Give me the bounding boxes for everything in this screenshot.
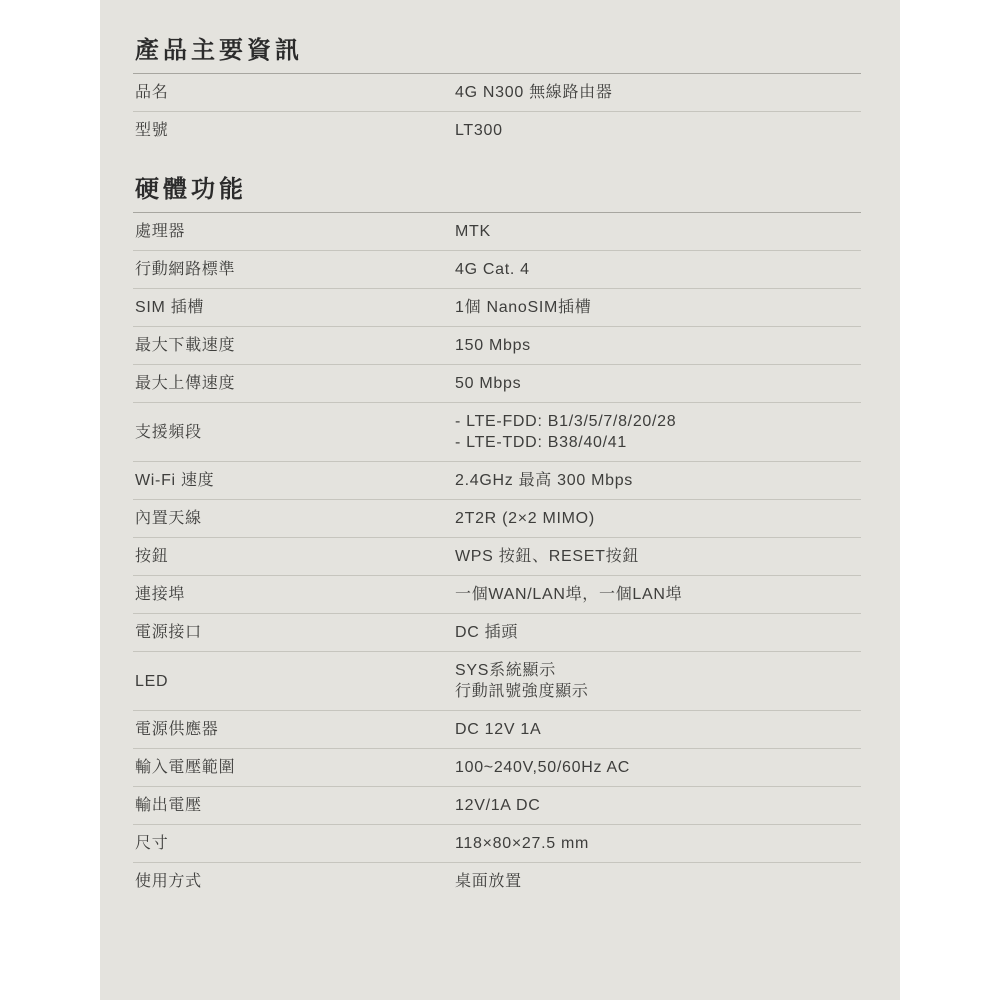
spec-value: 一個WAN/LAN埠，一個LAN埠 xyxy=(455,584,861,605)
product-spec-page: 產品主要資訊品名4G N300 無線路由器型號LT300硬體功能處理器MTK行動… xyxy=(0,0,1000,1000)
spec-value: 4G Cat. 4 xyxy=(455,259,861,280)
spec-panel-content: 產品主要資訊品名4G N300 無線路由器型號LT300硬體功能處理器MTK行動… xyxy=(100,0,900,900)
spec-rows: 處理器MTK行動網路標準4G Cat. 4SIM 插槽1個 NanoSIM插槽最… xyxy=(133,213,861,900)
spec-value: 150 Mbps xyxy=(455,335,861,356)
spec-row: 電源供應器DC 12V 1A xyxy=(133,711,861,749)
spec-value-line: DC 12V 1A xyxy=(455,719,861,740)
spec-value-line: 50 Mbps xyxy=(455,373,861,394)
spec-label: 按鈕 xyxy=(133,546,455,567)
spec-row: 使用方式桌面放置 xyxy=(133,863,861,900)
spec-row: 輸入電壓範圍100~240V,50/60Hz AC xyxy=(133,749,861,787)
spec-label: 最大下載速度 xyxy=(133,335,455,356)
spec-value: DC 12V 1A xyxy=(455,719,861,740)
spec-row: 尺寸118×80×27.5 mm xyxy=(133,825,861,863)
spec-value-line: - LTE-FDD: B1/3/5/7/8/20/28 xyxy=(455,411,861,432)
spec-label: 尺寸 xyxy=(133,833,455,854)
spec-value: WPS 按鈕、RESET按鈕 xyxy=(455,546,861,567)
spec-value-line: 1個 NanoSIM插槽 xyxy=(455,297,861,318)
spec-value: 1個 NanoSIM插槽 xyxy=(455,297,861,318)
spec-row: 最大上傳速度50 Mbps xyxy=(133,365,861,403)
spec-value-line: DC 插頭 xyxy=(455,622,861,643)
spec-value-line: MTK xyxy=(455,221,861,242)
spec-value-line: 4G Cat. 4 xyxy=(455,259,861,280)
spec-label: 行動網路標準 xyxy=(133,259,455,280)
spec-row: 行動網路標準4G Cat. 4 xyxy=(133,251,861,289)
spec-label: 連接埠 xyxy=(133,584,455,605)
spec-label: 處理器 xyxy=(133,221,455,242)
spec-value-line: 一個WAN/LAN埠，一個LAN埠 xyxy=(455,584,861,605)
spec-label: 電源供應器 xyxy=(133,719,455,740)
spec-section: 產品主要資訊品名4G N300 無線路由器型號LT300 xyxy=(133,32,861,149)
spec-label: 型號 xyxy=(133,120,455,141)
spec-value-line: LT300 xyxy=(455,120,861,141)
section-title: 硬體功能 xyxy=(133,171,861,213)
spec-value: 100~240V,50/60Hz AC xyxy=(455,757,861,778)
spec-label: 內置天線 xyxy=(133,508,455,529)
spec-label: 輸出電壓 xyxy=(133,795,455,816)
spec-value: 4G N300 無線路由器 xyxy=(455,82,861,103)
spec-label: Wi-Fi 速度 xyxy=(133,470,455,491)
spec-label: 電源接口 xyxy=(133,622,455,643)
spec-row: 品名4G N300 無線路由器 xyxy=(133,74,861,112)
spec-value: 50 Mbps xyxy=(455,373,861,394)
spec-row: Wi-Fi 速度2.4GHz 最高 300 Mbps xyxy=(133,462,861,500)
spec-row: 型號LT300 xyxy=(133,112,861,149)
spec-row: 內置天線2T2R (2×2 MIMO) xyxy=(133,500,861,538)
spec-value-line: WPS 按鈕、RESET按鈕 xyxy=(455,546,861,567)
spec-value: LT300 xyxy=(455,120,861,141)
spec-panel: 產品主要資訊品名4G N300 無線路由器型號LT300硬體功能處理器MTK行動… xyxy=(100,0,900,1000)
spec-label: 輸入電壓範圍 xyxy=(133,757,455,778)
spec-row: 處理器MTK xyxy=(133,213,861,251)
spec-value-line: 桌面放置 xyxy=(455,871,861,892)
spec-value: - LTE-FDD: B1/3/5/7/8/20/28- LTE-TDD: B3… xyxy=(455,411,861,453)
spec-row: SIM 插槽1個 NanoSIM插槽 xyxy=(133,289,861,327)
spec-value: 118×80×27.5 mm xyxy=(455,833,861,854)
spec-row: LEDSYS系統顯示行動訊號強度顯示 xyxy=(133,652,861,711)
spec-value: MTK xyxy=(455,221,861,242)
spec-value-line: 2.4GHz 最高 300 Mbps xyxy=(455,470,861,491)
spec-row: 連接埠一個WAN/LAN埠，一個LAN埠 xyxy=(133,576,861,614)
spec-value: DC 插頭 xyxy=(455,622,861,643)
spec-value: 12V/1A DC xyxy=(455,795,861,816)
spec-value-line: - LTE-TDD: B38/40/41 xyxy=(455,432,861,453)
spec-value: 2.4GHz 最高 300 Mbps xyxy=(455,470,861,491)
spec-label: 支援頻段 xyxy=(133,422,455,443)
spec-value: 桌面放置 xyxy=(455,871,861,892)
spec-label: 最大上傳速度 xyxy=(133,373,455,394)
spec-row: 支援頻段- LTE-FDD: B1/3/5/7/8/20/28- LTE-TDD… xyxy=(133,403,861,462)
spec-value-line: 12V/1A DC xyxy=(455,795,861,816)
spec-value-line: 118×80×27.5 mm xyxy=(455,833,861,854)
spec-rows: 品名4G N300 無線路由器型號LT300 xyxy=(133,74,861,149)
spec-row: 按鈕WPS 按鈕、RESET按鈕 xyxy=(133,538,861,576)
spec-label: LED xyxy=(133,671,455,692)
spec-section: 硬體功能處理器MTK行動網路標準4G Cat. 4SIM 插槽1個 NanoSI… xyxy=(133,171,861,900)
spec-value-line: 100~240V,50/60Hz AC xyxy=(455,757,861,778)
spec-value: 2T2R (2×2 MIMO) xyxy=(455,508,861,529)
spec-value-line: 行動訊號強度顯示 xyxy=(455,681,861,702)
spec-row: 輸出電壓12V/1A DC xyxy=(133,787,861,825)
spec-value-line: 150 Mbps xyxy=(455,335,861,356)
spec-label: SIM 插槽 xyxy=(133,297,455,318)
section-title: 產品主要資訊 xyxy=(133,32,861,74)
spec-label: 品名 xyxy=(133,82,455,103)
spec-value-line: 2T2R (2×2 MIMO) xyxy=(455,508,861,529)
spec-label: 使用方式 xyxy=(133,871,455,892)
spec-value-line: 4G N300 無線路由器 xyxy=(455,82,861,103)
spec-value: SYS系統顯示行動訊號強度顯示 xyxy=(455,660,861,702)
spec-row: 電源接口DC 插頭 xyxy=(133,614,861,652)
spec-value-line: SYS系統顯示 xyxy=(455,660,861,681)
spec-row: 最大下載速度150 Mbps xyxy=(133,327,861,365)
